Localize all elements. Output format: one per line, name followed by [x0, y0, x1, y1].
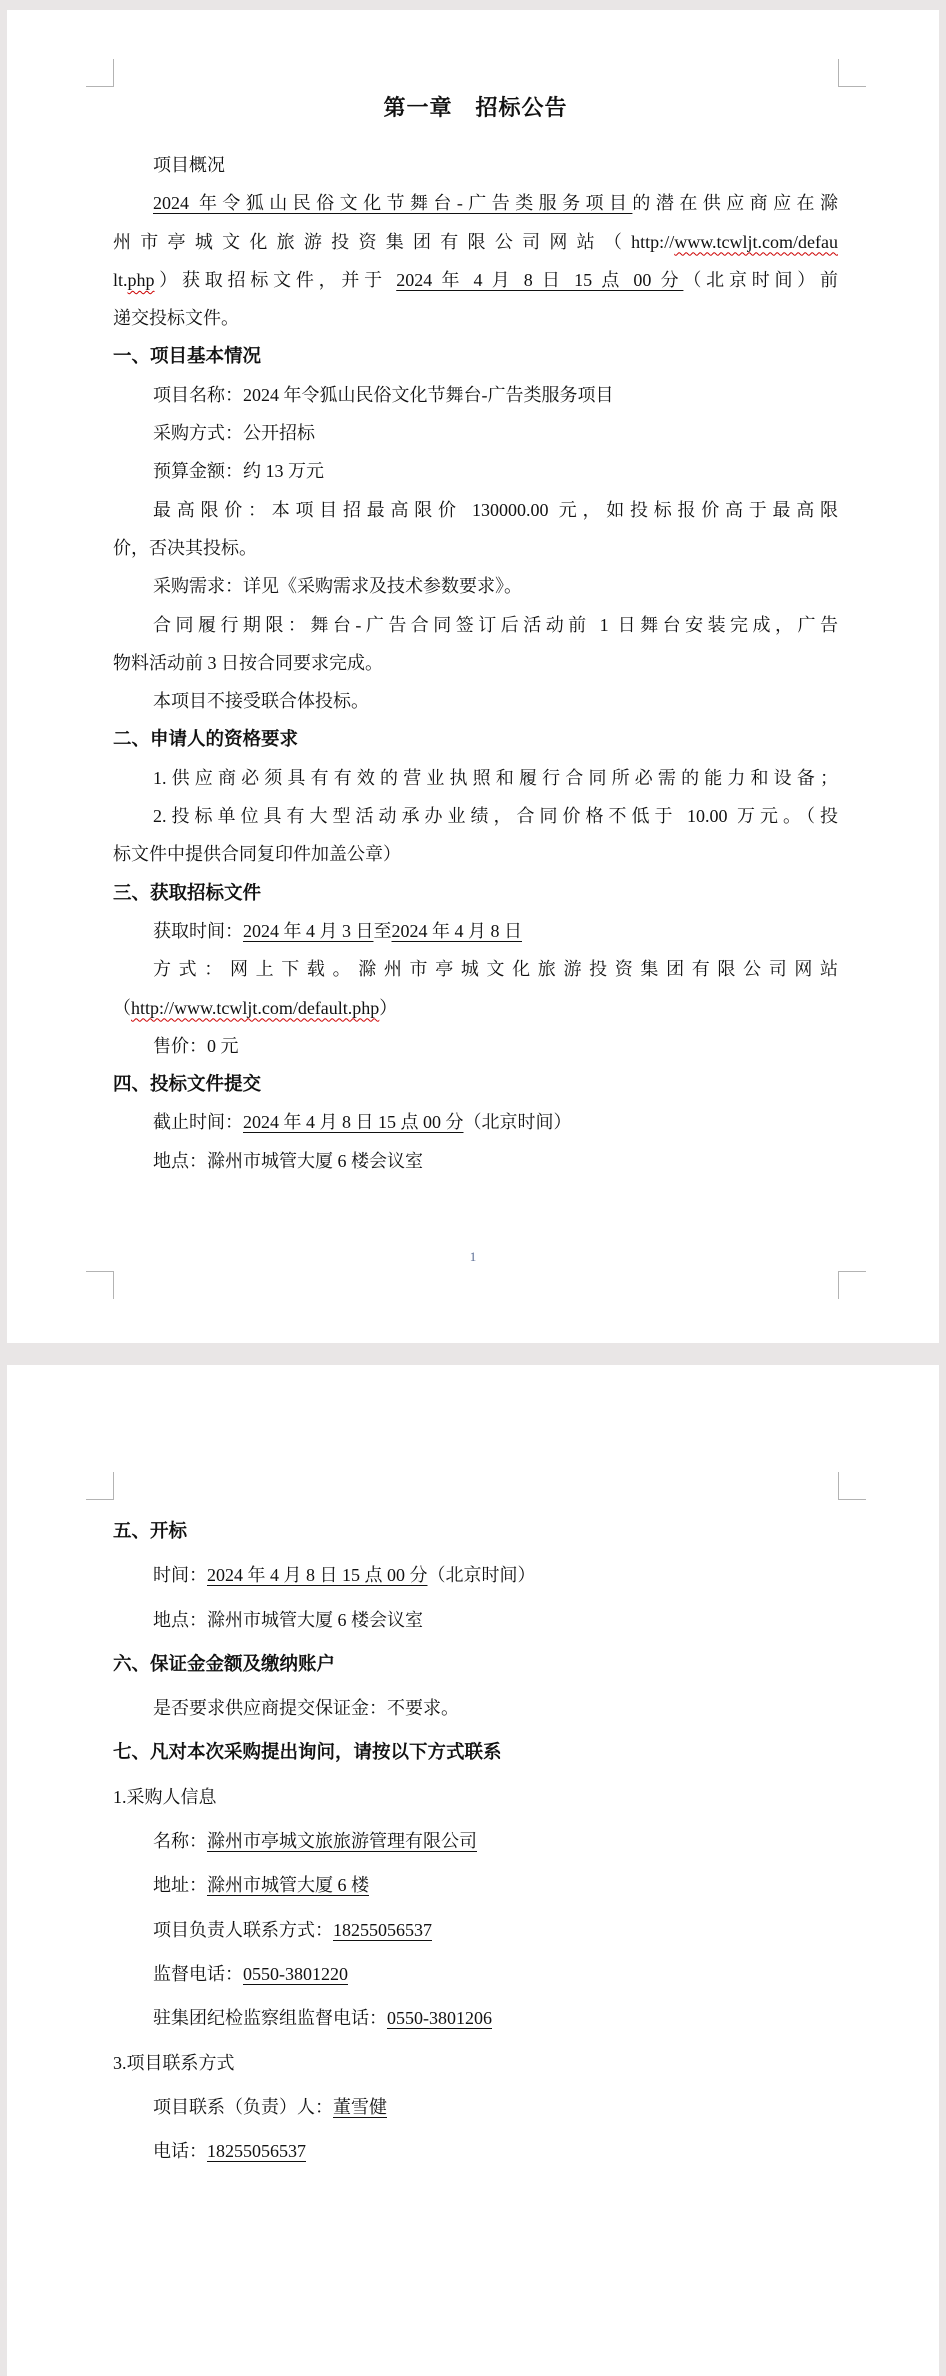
doc-line: 1.供应商必须具有有效的营业执照和履行合同所必需的能力和设备；	[113, 759, 838, 797]
doc-line: 3.项目联系方式	[113, 2041, 838, 2085]
doc-line: 电话：18255056537	[113, 2129, 838, 2173]
doc-line: 州市亭城文化旅游投资集团有限公司网站（http://www.tcwljt.com…	[113, 223, 838, 261]
margin-corner-mark	[86, 59, 114, 87]
doc-line: 2.投标单位具有大型活动承办业绩，合同价格不低于 10.00 万元。（投	[113, 797, 838, 835]
text-segment: 电话：	[153, 2141, 207, 2161]
text-segment: 本项目不接受联合体投标。	[153, 691, 369, 711]
doc-line: 物料活动前 3 日按合同要求完成。	[113, 644, 838, 682]
text-segment: 是否要求供应商提交保证金：不要求。	[153, 1698, 459, 1718]
doc-line: lt.php）获取招标文件，并于 2024 年 4 月 8 日 15 点 00 …	[113, 261, 838, 299]
doc-line: 项目负责人联系方式：18255056537	[113, 1908, 838, 1952]
text-segment: 预算金额：约 13 万元	[153, 461, 324, 481]
underlined-value: 2024 年 4 月 8 日 15 点 00 分	[396, 270, 683, 290]
doc-line: 价，否决其投标。	[113, 529, 838, 567]
document-page-2: 五、开标时间：2024 年 4 月 8 日 15 点 00 分（北京时间）地点：…	[7, 1365, 939, 2376]
underlined-value: 滁州市城管大厦 6 楼	[207, 1875, 369, 1895]
underlined-value: 董雪健	[333, 2097, 387, 2117]
doc-line: 2024 年令狐山民俗文化节舞台-广告类服务项目的潜在供应商应在滁	[113, 184, 838, 222]
doc-line: 截止时间：2024 年 4 月 8 日 15 点 00 分（北京时间）	[113, 1103, 838, 1141]
doc-line: 标文件中提供合同复印件加盖公章）	[113, 835, 838, 873]
text-segment: 七、凡对本次采购提出询问，请按以下方式联系	[113, 1741, 502, 1762]
text-segment: 时间：	[153, 1565, 207, 1585]
text-segment: 项目名称：2024 年令狐山民俗文化节舞台-广告类服务项目	[153, 385, 614, 405]
underlined-value: 2024 年 4 月 8 日 15 点 00 分	[207, 1565, 428, 1585]
text-segment: 五、开标	[113, 1520, 187, 1541]
url-text: php	[128, 270, 155, 290]
text-segment: （北京时间）	[428, 1565, 536, 1585]
margin-corner-mark	[86, 1472, 114, 1500]
section-heading: 一、项目基本情况	[113, 337, 838, 375]
text-segment: 售价：0 元	[153, 1036, 239, 1056]
doc-line: 监督电话：0550-3801220	[113, 1952, 838, 1996]
text-segment: 物料活动前 3 日按合同要求完成。	[113, 653, 383, 673]
text-segment: 标文件中提供合同复印件加盖公章）	[113, 844, 401, 864]
margin-corner-mark	[838, 1271, 866, 1299]
doc-line: 项目名称：2024 年令狐山民俗文化节舞台-广告类服务项目	[113, 376, 838, 414]
chapter-title: 第一章 招标公告	[113, 88, 838, 128]
section-heading: 四、投标文件提交	[113, 1065, 838, 1103]
text-segment: 3.项目联系方式	[113, 2053, 235, 2073]
text-segment: 方式：网上下载。滁州市亭城文化旅游投资集团有限公司网站	[153, 959, 838, 979]
doc-line: 地点：滁州市城管大厦 6 楼会议室	[113, 1598, 838, 1642]
underlined-value: 18255056537	[333, 1920, 432, 1940]
text-segment: （	[113, 998, 131, 1018]
underlined-value: 18255056537	[207, 2141, 306, 2161]
underlined-value: 2024 年 4 月 8 日	[392, 921, 523, 941]
text-segment: 项目概况	[153, 155, 225, 175]
doc-line: 采购需求：详见《采购需求及技术参数要求》。	[113, 567, 838, 605]
text-segment: 二、申请人的资格要求	[113, 728, 298, 749]
text-segment: 1.采购人信息	[113, 1787, 217, 1807]
text-segment: 最高限价：本项目招最高限价 130000.00 元，如投标报价高于最高限	[153, 500, 838, 520]
text-segment: 采购方式：公开招标	[153, 423, 315, 443]
doc-line: 获取时间：2024 年 4 月 3 日至2024 年 4 月 8 日	[113, 912, 838, 950]
text-segment: 地址：	[153, 1875, 207, 1895]
margin-corner-mark	[838, 59, 866, 87]
text-segment: 的潜在供应商应在滁	[632, 193, 838, 213]
text-segment: 项目联系（负责）人：	[153, 2097, 333, 2117]
document-page-1: 第一章 招标公告 项目概况2024 年令狐山民俗文化节舞台-广告类服务项目的潜在…	[7, 10, 939, 1343]
text-segment: 六、保证金金额及缴纳账户	[113, 1653, 335, 1674]
text-segment: 1.供应商必须具有有效的营业执照和履行合同所必需的能力和设备；	[153, 768, 838, 788]
text-segment: 采购需求：详见《采购需求及技术参数要求》。	[153, 576, 522, 596]
section-heading: 六、保证金金额及缴纳账户	[113, 1642, 838, 1686]
page2-text-block: 五、开标时间：2024 年 4 月 8 日 15 点 00 分（北京时间）地点：…	[113, 1509, 838, 2173]
doc-line: 合同履行期限：舞台-广告合同签订后活动前 1 日舞台安装完成，广告	[113, 606, 838, 644]
doc-line: 方式：网上下载。滁州市亭城文化旅游投资集团有限公司网站	[113, 950, 838, 988]
doc-line: 驻集团纪检监察组监督电话：0550-3801206	[113, 1996, 838, 2040]
text-segment: ）	[379, 998, 397, 1018]
underlined-value: 滁州市亭城文旅旅游管理有限公司	[207, 1831, 477, 1851]
section-heading: 七、凡对本次采购提出询问，请按以下方式联系	[113, 1730, 838, 1774]
text-segment: 至	[374, 921, 392, 941]
url-text: http://www.tcwljt.com/default.php	[131, 998, 379, 1018]
text-segment: 项目负责人联系方式：	[153, 1920, 333, 1940]
section-heading: 三、获取招标文件	[113, 874, 838, 912]
margin-corner-mark	[86, 1271, 114, 1299]
margin-corner-mark	[838, 1472, 866, 1500]
doc-line: 1.采购人信息	[113, 1775, 838, 1819]
text-segment: （北京时间）	[464, 1112, 572, 1132]
doc-line: 本项目不接受联合体投标。	[113, 682, 838, 720]
text-segment: 名称：	[153, 1831, 207, 1851]
doc-line: 最高限价：本项目招最高限价 130000.00 元，如投标报价高于最高限	[113, 491, 838, 529]
doc-line: 时间：2024 年 4 月 8 日 15 点 00 分（北京时间）	[113, 1553, 838, 1597]
text-segment: 一、项目基本情况	[113, 345, 261, 366]
text-segment: 获取时间：	[153, 921, 243, 941]
text-segment: 2.投标单位具有大型活动承办业绩，合同价格不低于 10.00 万元。（投	[153, 806, 838, 826]
underlined-value: 0550-3801206	[387, 2008, 492, 2028]
doc-line: 售价：0 元	[113, 1027, 838, 1065]
page1-text-block: 项目概况2024 年令狐山民俗文化节舞台-广告类服务项目的潜在供应商应在滁州市亭…	[113, 146, 838, 1180]
text-segment: 监督电话：	[153, 1964, 243, 1984]
text-segment: （北京时间）前	[683, 270, 838, 290]
doc-line: 递交投标文件。	[113, 299, 838, 337]
text-segment: 三、获取招标文件	[113, 882, 261, 903]
text-segment: 四、投标文件提交	[113, 1073, 261, 1094]
text-segment: 合同履行期限：舞台-广告合同签订后活动前 1 日舞台安装完成，广告	[153, 615, 838, 635]
doc-line: 是否要求供应商提交保证金：不要求。	[113, 1686, 838, 1730]
text-segment: 驻集团纪检监察组监督电话：	[153, 2008, 387, 2028]
text-segment: 价，否决其投标。	[113, 538, 257, 558]
text-segment: 地点：滁州市城管大厦 6 楼会议室	[153, 1151, 423, 1171]
doc-line: （http://www.tcwljt.com/default.php）	[113, 989, 838, 1027]
url-text: www.tcwljt.com/defau	[674, 232, 838, 252]
doc-line: 采购方式：公开招标	[113, 414, 838, 452]
text-segment: 截止时间：	[153, 1112, 243, 1132]
section-heading: 五、开标	[113, 1509, 838, 1553]
page-number: 1	[7, 1247, 939, 1267]
doc-line: 预算金额：约 13 万元	[113, 452, 838, 490]
section-heading: 二、申请人的资格要求	[113, 720, 838, 758]
doc-line: 名称：滁州市亭城文旅旅游管理有限公司	[113, 1819, 838, 1863]
text-segment: lt.	[113, 270, 128, 290]
doc-line: 地址：滁州市城管大厦 6 楼	[113, 1863, 838, 1907]
doc-line: 地点：滁州市城管大厦 6 楼会议室	[113, 1142, 838, 1180]
text-segment: 递交投标文件。	[113, 308, 239, 328]
text-segment: 地点：滁州市城管大厦 6 楼会议室	[153, 1610, 423, 1630]
doc-line: 项目联系（负责）人：董雪健	[113, 2085, 838, 2129]
underlined-value: 2024 年令狐山民俗文化节舞台-广告类服务项目	[153, 193, 632, 213]
doc-line: 项目概况	[113, 146, 838, 184]
text-segment: ）获取招标文件，并于	[155, 270, 397, 290]
underlined-value: 0550-3801220	[243, 1964, 348, 1984]
underlined-value: 2024 年 4 月 3 日	[243, 921, 374, 941]
text-segment: 州市亭城文化旅游投资集团有限公司网站（http://	[113, 232, 674, 252]
underlined-value: 2024 年 4 月 8 日 15 点 00 分	[243, 1112, 464, 1132]
